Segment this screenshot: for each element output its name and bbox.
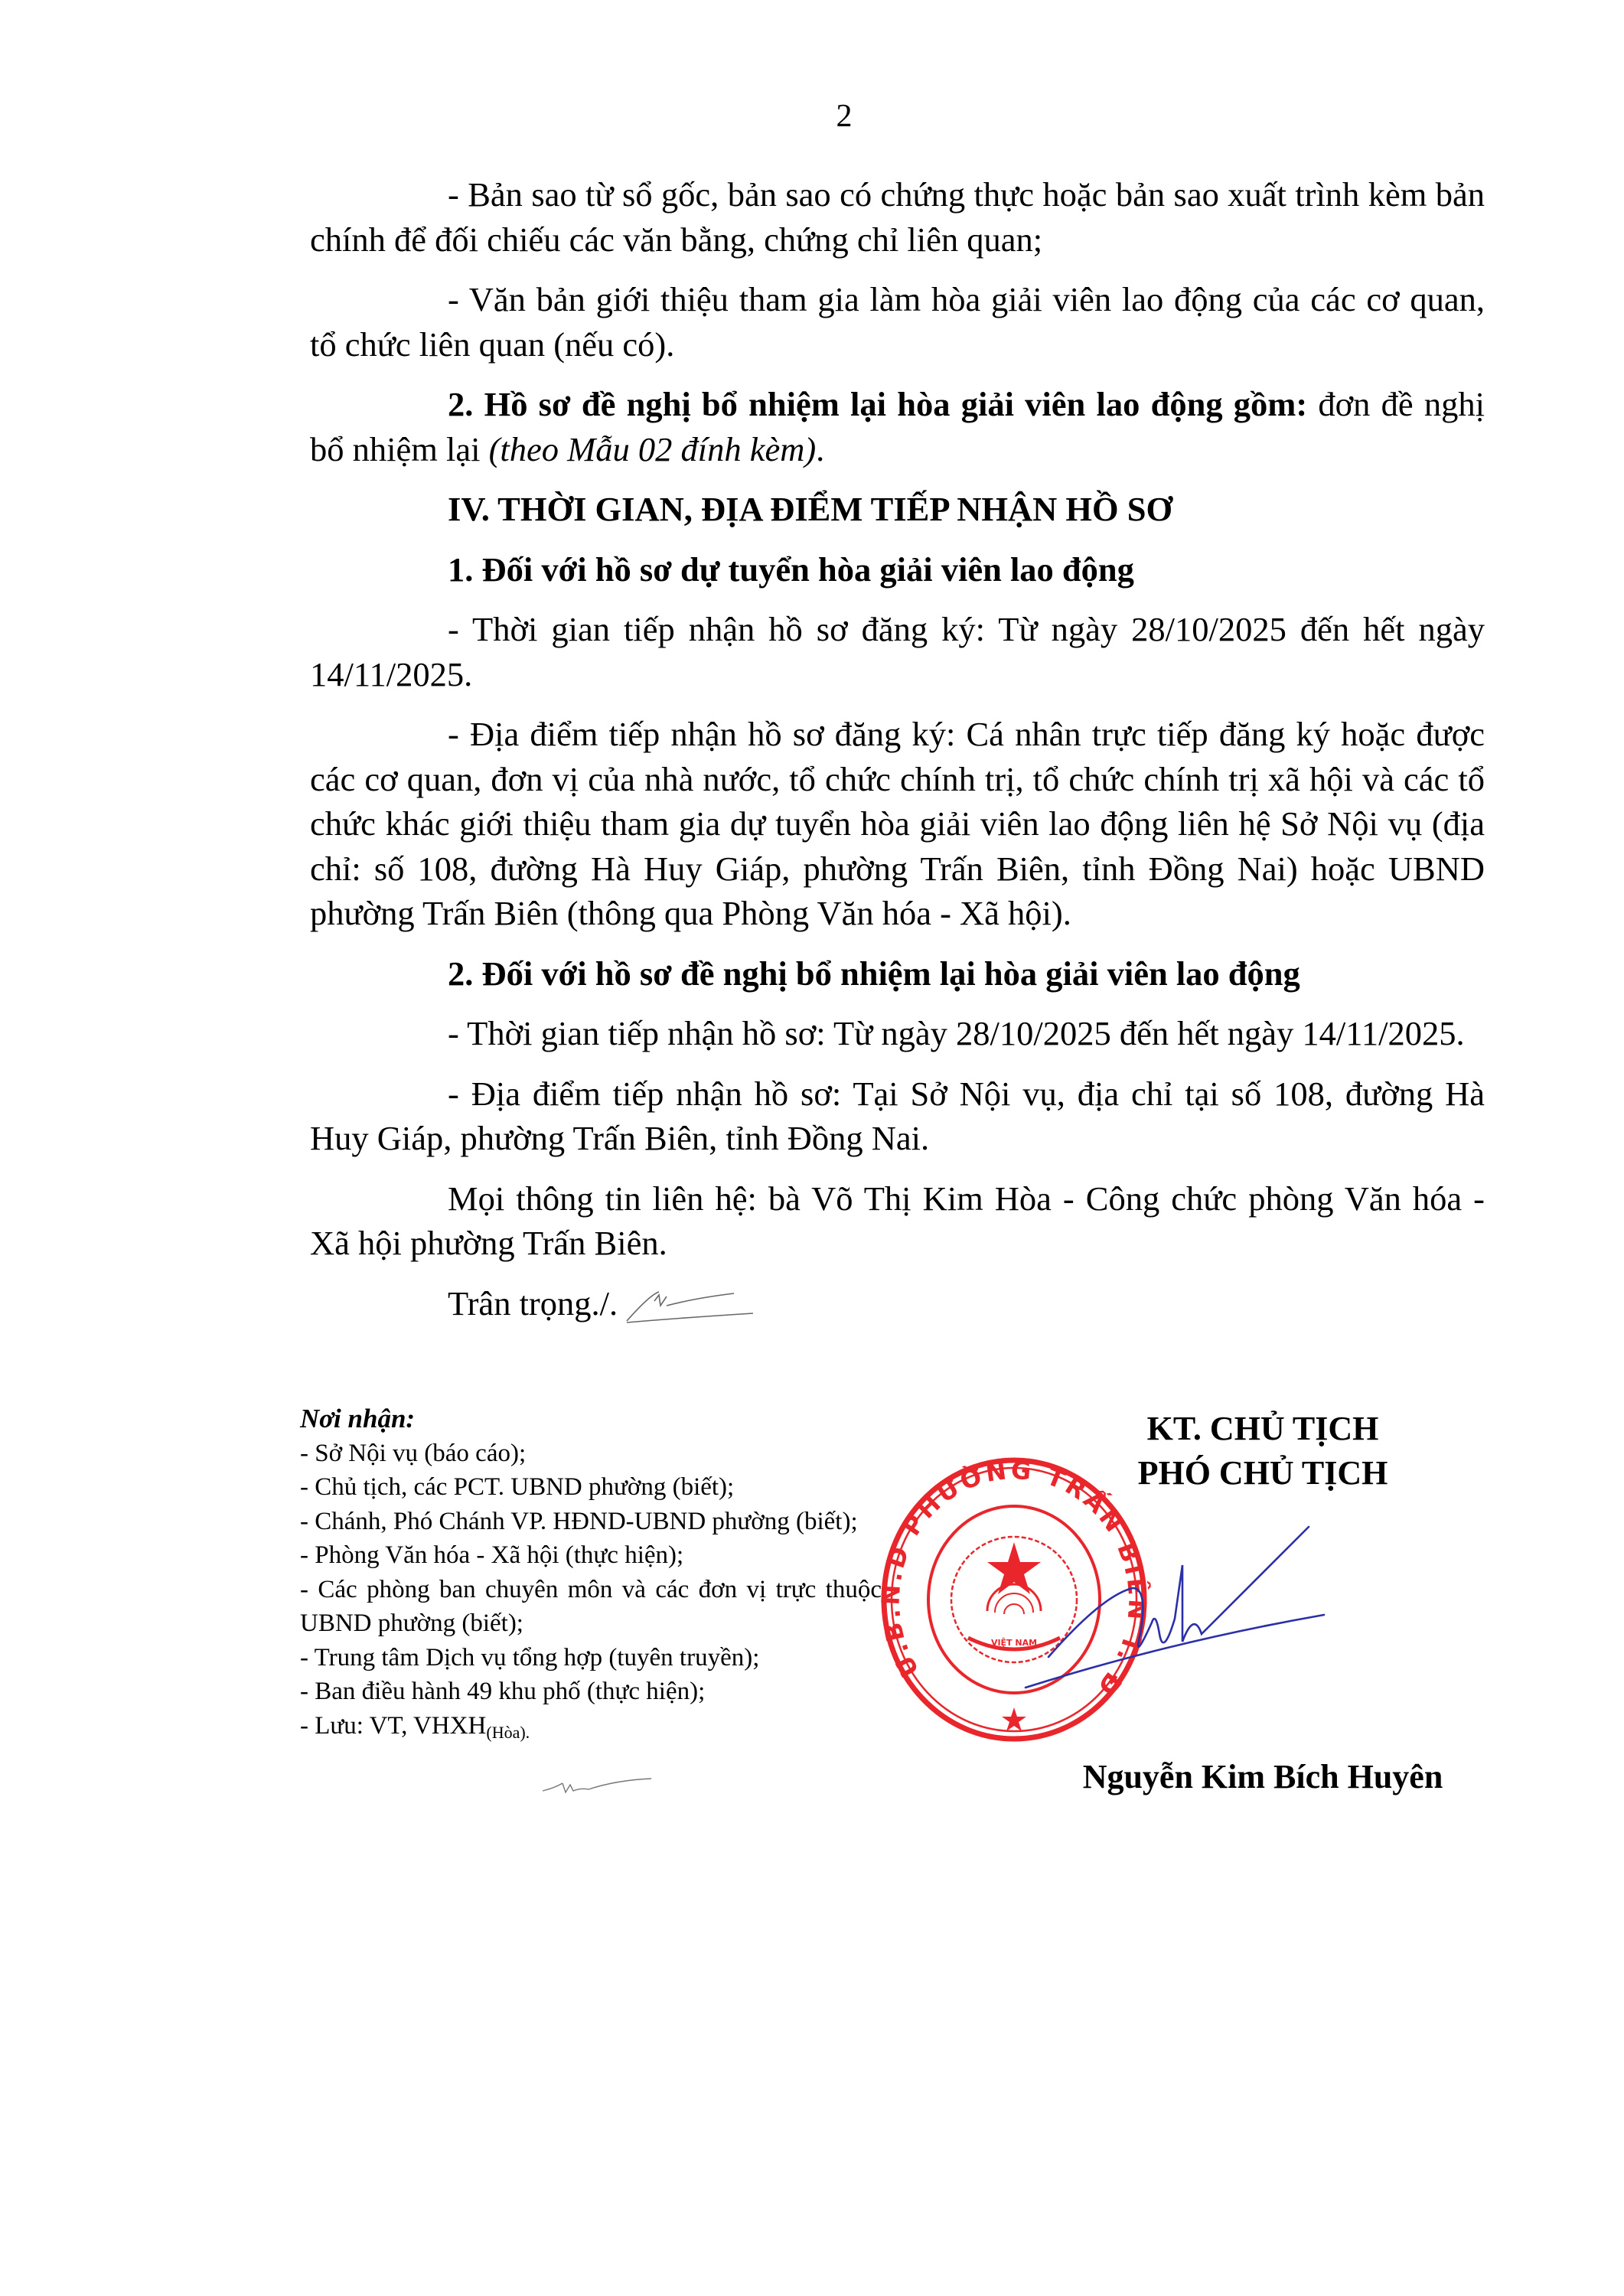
initial-signature-icon <box>619 1287 757 1326</box>
subsection-1-place: - Địa điểm tiếp nhận hồ sơ đăng ký: Cá n… <box>310 712 1485 936</box>
paragraph-reappointment-dossier: 2. Hồ sơ đề nghị bổ nhiệm lại hòa giải v… <box>310 382 1485 471</box>
subsection-2-time: - Thời gian tiếp nhận hồ sơ: Từ ngày 28/… <box>310 1011 1485 1056</box>
signer-role-line2: PHÓ CHỦ TỊCH <box>995 1451 1531 1495</box>
section-iv-heading: IV. THỜI GIAN, ĐỊA ĐIỂM TIẾP NHẬN HỒ SƠ <box>310 487 1485 532</box>
reappointment-period: . <box>816 430 824 468</box>
page-number: 2 <box>0 98 1624 135</box>
subsection-1-heading: 1. Đối với hồ sơ dự tuyển hòa giải viên … <box>310 547 1485 592</box>
recipient-item: - Sở Nội vụ (báo cáo); <box>300 1437 882 1471</box>
recipient-item: - Trung tâm Dịch vụ tổng hợp (tuyên truy… <box>300 1641 882 1675</box>
recipient-item: - Các phòng ban chuyên môn và các đơn vị… <box>300 1573 882 1641</box>
recipient-item: - Phòng Văn hóa - Xã hội (thực hiện); <box>300 1538 882 1573</box>
subsection-1-time: - Thời gian tiếp nhận hồ sơ đăng ký: Từ … <box>310 607 1485 696</box>
subsection-2-place: - Địa điểm tiếp nhận hồ sơ: Tại Sở Nội v… <box>310 1071 1485 1161</box>
document-body: - Bản sao từ sổ gốc, bản sao có chứng th… <box>310 172 1485 1341</box>
recipient-item: - Chủ tịch, các PCT. UBND phường (biết); <box>300 1470 882 1505</box>
closing-paragraph: Trân trọng./. <box>310 1281 1485 1326</box>
handler-initial-icon <box>540 1774 654 1797</box>
reappointment-heading: 2. Hồ sơ đề nghị bổ nhiệm lại hòa giải v… <box>448 385 1307 423</box>
closing-text: Trân trọng./. <box>448 1284 618 1322</box>
recipients-title: Nơi nhận: <box>300 1402 882 1437</box>
signer-block: KT. CHỦ TỊCH PHÓ CHỦ TỊCH <box>995 1407 1531 1495</box>
signer-role-line1: KT. CHỦ TỊCH <box>995 1407 1531 1451</box>
recipient-item-archive: - Lưu: VT, VHXH(Hòa). <box>300 1709 882 1750</box>
paragraph-copies: - Bản sao từ sổ gốc, bản sao có chứng th… <box>310 172 1485 262</box>
signer-name: Nguyễn Kim Bích Huyên <box>995 1757 1531 1796</box>
contact-paragraph: Mọi thông tin liên hệ: bà Võ Thị Kim Hòa… <box>310 1176 1485 1266</box>
recipient-item: - Ban điều hành 49 khu phố (thực hiện); <box>300 1675 882 1709</box>
archive-handler: (Hòa). <box>486 1723 530 1742</box>
recipients-block: Nơi nhận: - Sở Nội vụ (báo cáo); - Chủ t… <box>300 1402 882 1750</box>
archive-label: - Lưu: VT, VHXH <box>300 1712 486 1740</box>
subsection-2-heading: 2. Đối với hồ sơ đề nghị bổ nhiệm lại hò… <box>310 951 1485 996</box>
handwritten-signature-icon <box>1018 1512 1385 1703</box>
paragraph-referral-letter: - Văn bản giới thiệu tham gia làm hòa gi… <box>310 277 1485 367</box>
recipient-item: - Chánh, Phó Chánh VP. HĐND-UBND phường … <box>300 1505 882 1539</box>
reappointment-form-ref: (theo Mẫu 02 đính kèm) <box>489 430 817 468</box>
